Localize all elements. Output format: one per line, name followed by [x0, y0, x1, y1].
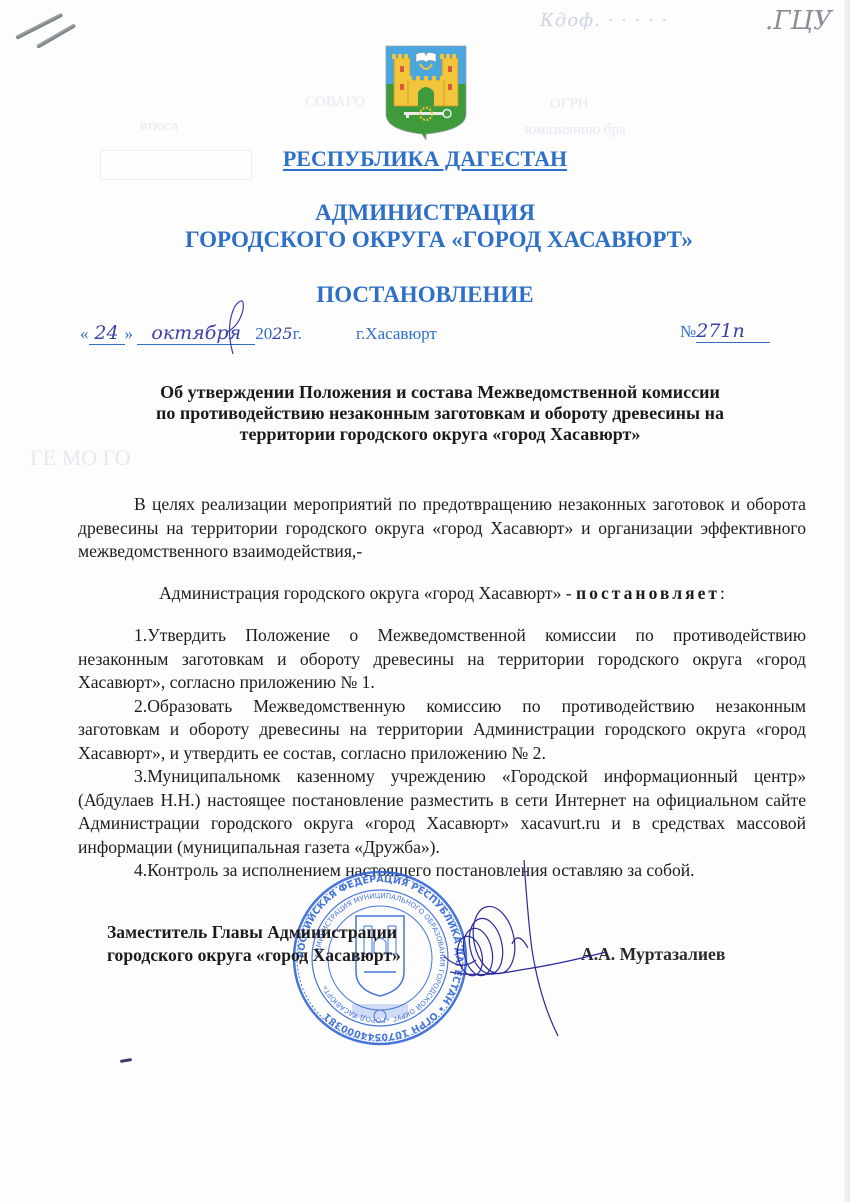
document-number: №271п	[680, 320, 770, 343]
staple-icon	[36, 23, 76, 48]
date-day: 24	[89, 322, 125, 345]
document-type-heading: ПОСТАНОВЛЕНИЕ	[0, 282, 850, 308]
document-title: Об утверждении Положения и состава Межве…	[100, 382, 780, 445]
republic-heading: РЕСПУБЛИКА ДАГЕСТАН	[0, 146, 850, 172]
handwritten-signature-icon	[420, 860, 620, 1040]
year-suffix: г.	[293, 324, 302, 343]
resolution-item: 2.Образовать Межведомственную комиссию п…	[78, 695, 806, 766]
handwritten-note: Кдоф. · · · · · .ГЦУ	[530, 4, 850, 44]
preamble-paragraph: В целях реализации мероприятий по предот…	[78, 493, 806, 564]
title-line-2: по противодействию незаконным заготовкам…	[100, 403, 780, 424]
page-edge	[844, 0, 850, 1202]
resolves-colon: :	[720, 583, 725, 603]
show-through-text: юмазиянию бра	[525, 122, 626, 139]
handwritten-flourish-icon	[205, 296, 255, 356]
city-label: г.Хасавюрт	[356, 324, 437, 344]
show-through-text: СОВАГО	[305, 94, 365, 111]
resolves-text: Администрация городского округа «город Х…	[159, 583, 576, 603]
year-hand: 25	[272, 324, 292, 343]
resolves-keyword: постановляет	[576, 583, 720, 603]
resolution-items: 1.Утвердить Положение о Межведомственной…	[78, 624, 806, 883]
title-line-3: территории городского округа «город Хаса…	[100, 424, 780, 445]
resolution-item: 1.Утвердить Положение о Межведомственной…	[78, 624, 806, 695]
number-value: 271п	[696, 320, 770, 343]
administration-heading-line1: АДМИНИСТРАЦИЯ	[0, 200, 850, 226]
quote-close: »	[125, 324, 134, 343]
signatory-position: Заместитель Главы Администрации городско…	[107, 921, 401, 967]
show-through-text: ОГРН	[550, 96, 589, 113]
document-page: СОВАГО ОГРН втюса юмазиянию бра ГЕ МО ГО…	[0, 0, 850, 1202]
coat-of-arms-icon	[384, 44, 468, 140]
show-through-text: втюса	[140, 118, 178, 135]
republic-text: РЕСПУБЛИКА ДАГЕСТАН	[283, 146, 567, 171]
quote-open: «	[80, 324, 89, 343]
resolution-item: 3.Муниципальномк казенному учреждению «Г…	[78, 765, 806, 859]
note-dark: .ГЦУ	[765, 6, 832, 36]
year-prefix: 20	[255, 324, 272, 343]
position-line-2: городского округа «город Хасавюрт»	[107, 944, 401, 967]
title-line-1: Об утверждении Положения и состава Межве…	[100, 382, 780, 403]
position-line-1: Заместитель Главы Администрации	[107, 921, 401, 944]
administration-heading-line2: ГОРОДСКОГО ОКРУГА «ГОРОД ХАСАВЮРТ»	[14, 227, 850, 253]
stray-ink-mark	[120, 1058, 132, 1063]
resolves-line: Администрация городского округа «город Х…	[78, 583, 806, 604]
number-sign: №	[680, 322, 696, 341]
document-date: «24» октября2025г.	[80, 322, 302, 345]
show-through-text: ГЕ МО ГО	[30, 445, 131, 471]
note-faint: Кдоф. · · · · ·	[540, 10, 668, 31]
